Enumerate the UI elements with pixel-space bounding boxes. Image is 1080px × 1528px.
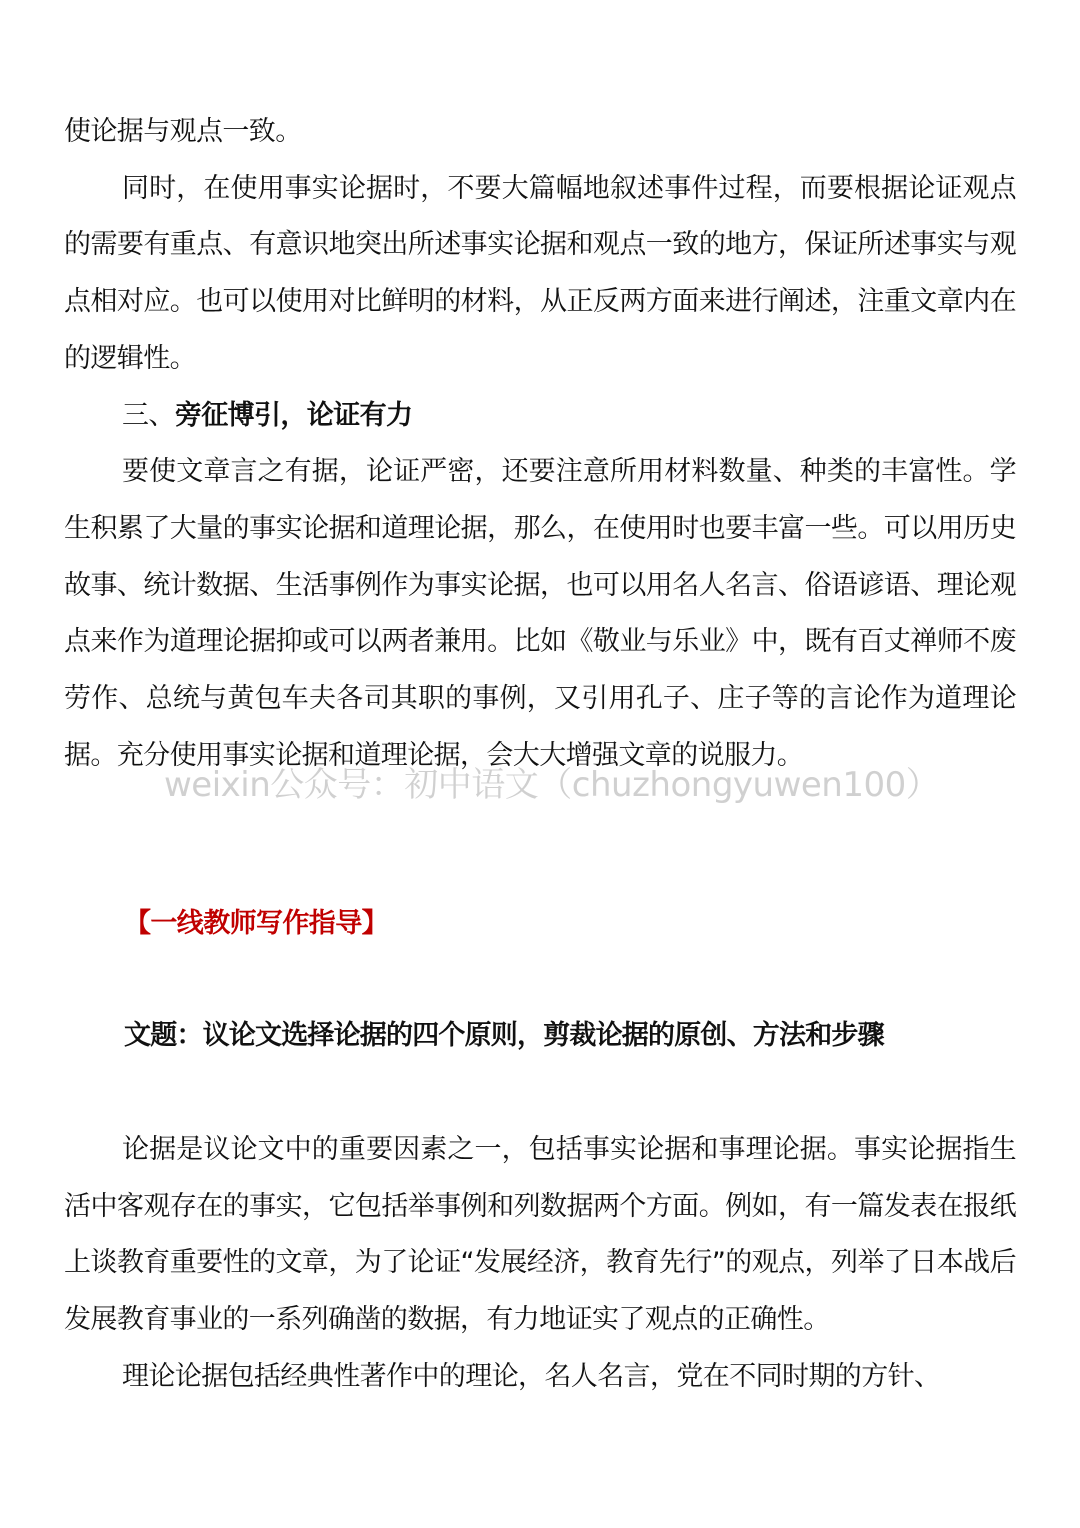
paragraph-theory-evidence: 理论论据包括经典性著作中的理论，名人名言，党在不同时期的方针、 [64, 1349, 1016, 1406]
paragraph-rich-evidence: 要使文章言之有据，论证严密，还要注意所用材料数量、种类的丰富性。学生积累了大量的… [64, 444, 1016, 784]
article-title: 文题：议论文选择论据的四个原则，剪裁论据的原创、方法和步骤 [124, 1012, 884, 1060]
paragraph-continuation: 使论据与观点一致。 [64, 104, 1016, 161]
document-body-top: 使论据与观点一致。 同时，在使用事实论据时，不要大篇幅地叙述事件过程，而要根据论… [64, 104, 1016, 784]
paragraph-fact-usage: 同时，在使用事实论据时，不要大篇幅地叙述事件过程，而要根据论证观点的需要有重点、… [64, 161, 1016, 388]
heading-text: 旁征博引，论证有力 [175, 400, 413, 431]
section-label-teacher-guide: 【一线教师写作指导】 [124, 900, 388, 948]
document-body-bottom: 论据是议论文中的重要因素之一，包括事实论据和事理论据。事实论据指生活中客观存在的… [64, 1122, 1016, 1406]
section-heading-3: 三、旁征博引，论证有力 [64, 388, 1016, 445]
paragraph-evidence-definition: 论据是议论文中的重要因素之一，包括事实论据和事理论据。事实论据指生活中客观存在的… [64, 1122, 1016, 1349]
heading-number: 三、 [122, 400, 175, 431]
